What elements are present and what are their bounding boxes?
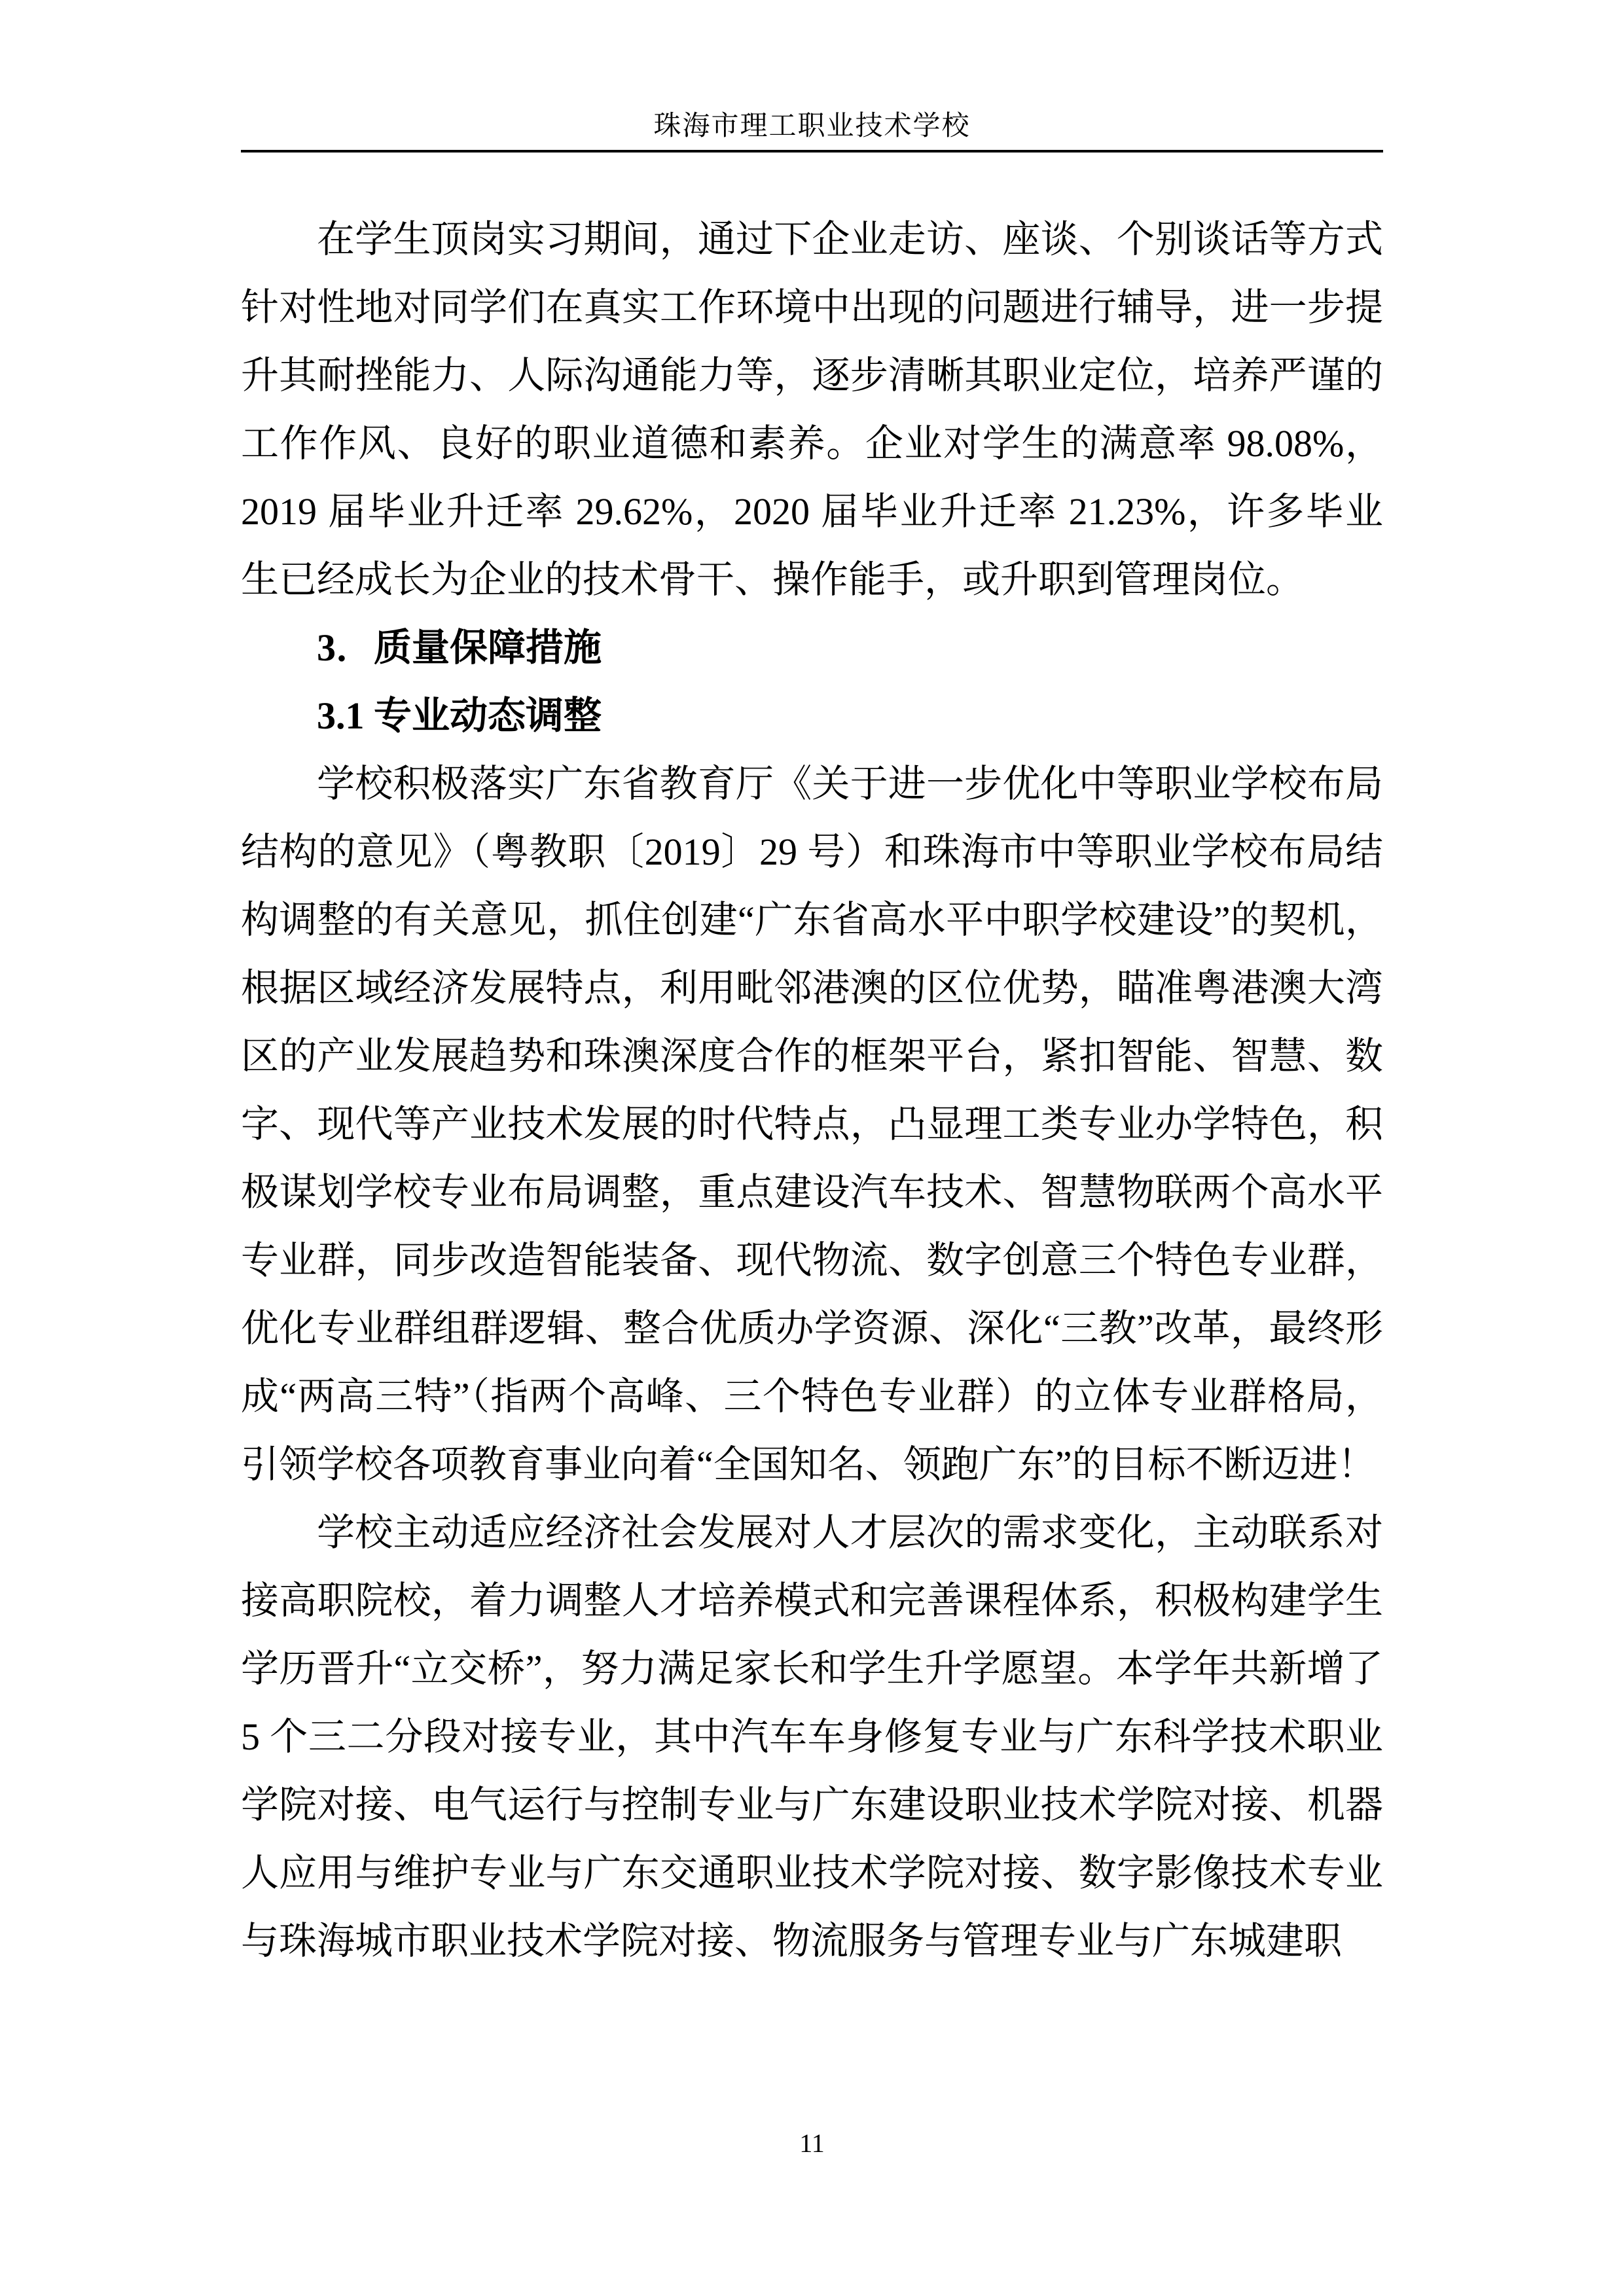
header-school-name: 珠海市理工职业技术学校	[0, 110, 1624, 143]
paragraph-internship-guidance: 在学生顶岗实习期间，通过下企业走访、座谈、个别谈话等方式针对性地对同学们在真实工…	[241, 206, 1383, 614]
page-number: 11	[0, 2128, 1624, 2159]
paragraph-major-layout-planning: 学校积极落实广东省教育厅《关于进一步优化中等职业学校布局结构的意见》（粤教职〔2…	[241, 750, 1383, 1499]
header-rule	[241, 150, 1383, 152]
paragraph-college-articulation: 学校主动适应经济社会发展对人才层次的需求变化，主动联系对接高职院校，着力调整人才…	[241, 1499, 1383, 1975]
document-body: 在学生顶岗实习期间，通过下企业走访、座谈、个别谈话等方式针对性地对同学们在真实工…	[241, 206, 1383, 1975]
document-page: 珠海市理工职业技术学校 在学生顶岗实习期间，通过下企业走访、座谈、个别谈话等方式…	[0, 0, 1624, 2296]
heading-quality-assurance-measures: 3．质量保障措施	[241, 614, 1383, 682]
heading-major-dynamic-adjustment: 3.1 专业动态调整	[241, 682, 1383, 750]
